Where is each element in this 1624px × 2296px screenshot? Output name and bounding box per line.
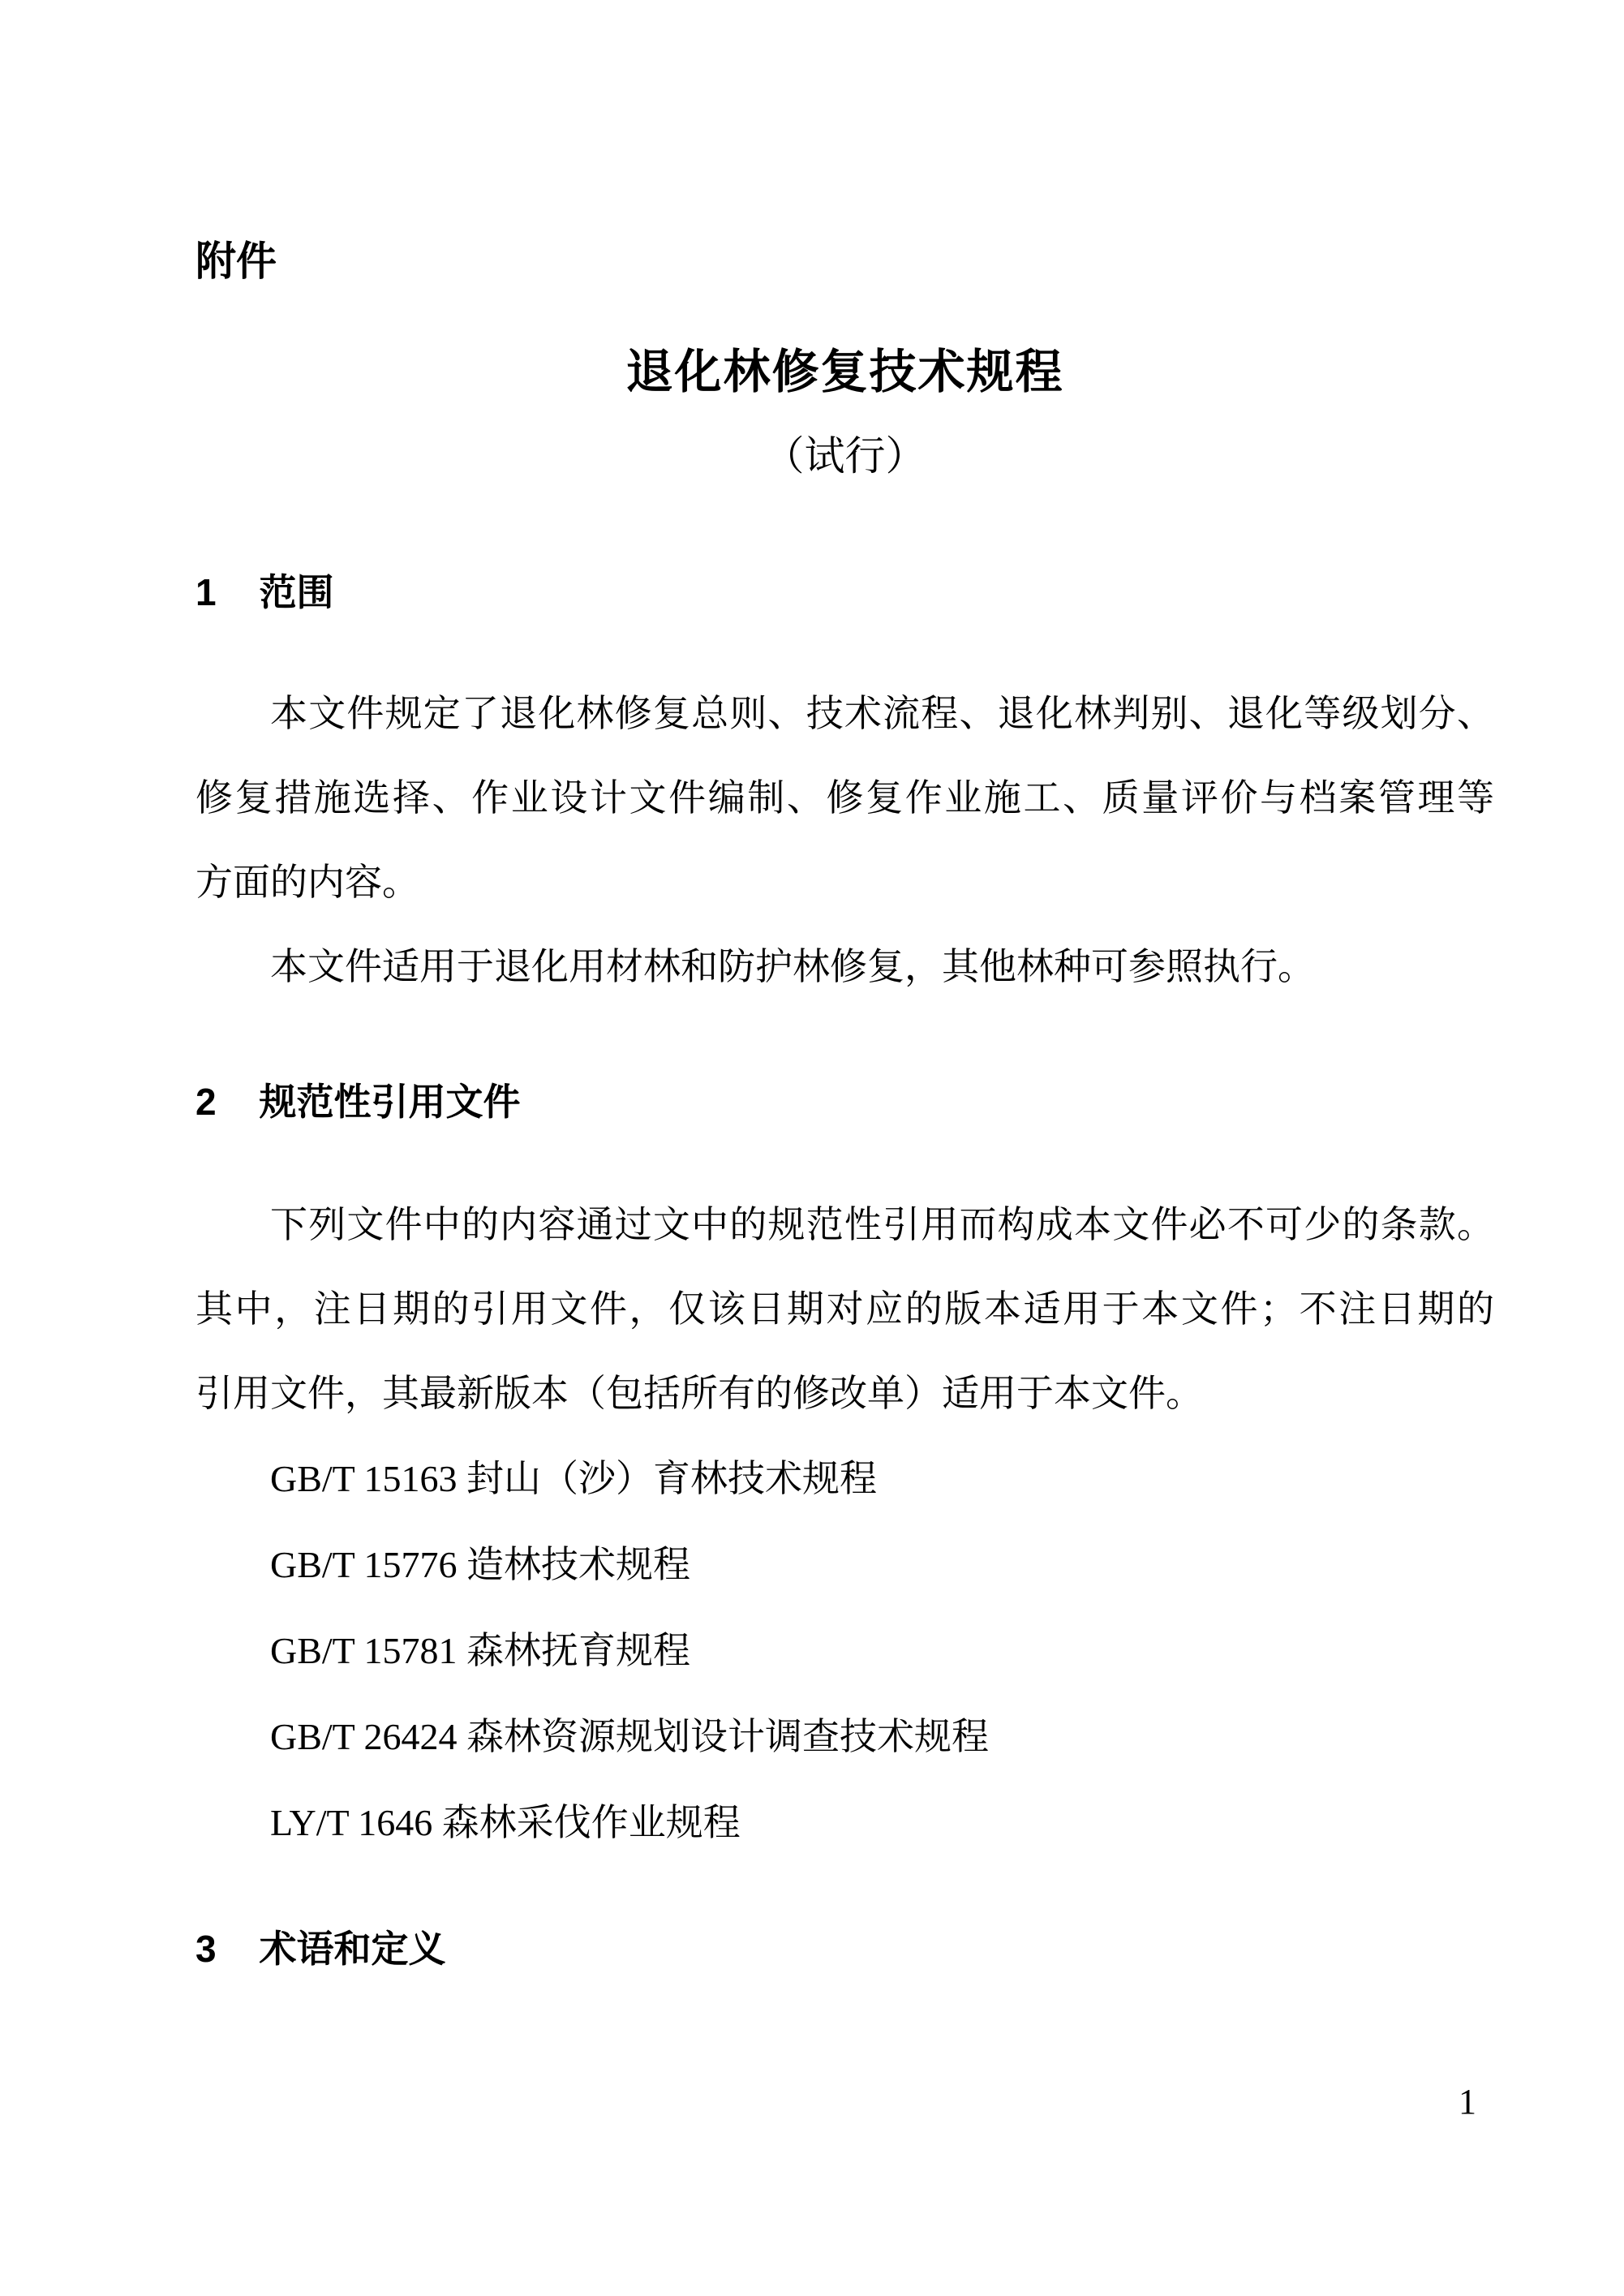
reference-item: GB/T 15781 森林抚育规程 <box>195 1608 1494 1694</box>
paragraph-line: 下列文件中的内容通过文中的规范性引用而构成本文件必不可少的条款。 <box>195 1183 1494 1267</box>
section-1-title: 范围 <box>259 571 333 613</box>
paragraph-line: 引用文件，其最新版本（包括所有的修改单）适用于本文件。 <box>195 1352 1494 1436</box>
section-3-number: 3 <box>195 1926 217 1971</box>
document-page: 附件 退化林修复技术规程 （试行） 1范围 本文件规定了退化林修复总则、技术流程… <box>0 0 1624 2296</box>
reference-item: LY/T 1646 森林采伐作业规程 <box>195 1780 1494 1866</box>
section-2-number: 2 <box>195 1079 217 1124</box>
section-1-heading: 1范围 <box>195 570 1494 615</box>
reference-item: GB/T 15163 封山（沙）育林技术规程 <box>195 1436 1494 1522</box>
page-number: 1 <box>195 2081 1494 2123</box>
paragraph-line: 本文件适用于退化用材林和防护林修复，其他林种可参照执行。 <box>195 925 1494 1009</box>
paragraph-line: 方面的内容。 <box>195 841 1494 925</box>
section-1-number: 1 <box>195 570 217 615</box>
paragraph-line: 其中，注日期的引用文件，仅该日期对应的版本适用于本文件；不注日期的 <box>195 1267 1494 1352</box>
attachment-label: 附件 <box>195 237 1494 286</box>
paragraph-line: 修复措施选择、作业设计文件编制、修复作业施工、质量评价与档案管理等 <box>195 756 1494 841</box>
section-3-heading: 3术语和定义 <box>195 1926 1494 1971</box>
section-3-title: 术语和定义 <box>259 1928 445 1970</box>
page-content: 附件 退化林修复技术规程 （试行） 1范围 本文件规定了退化林修复总则、技术流程… <box>0 237 1624 2123</box>
scope-paragraph: 本文件规定了退化林修复总则、技术流程、退化林判别、退化等级划分、 修复措施选择、… <box>195 672 1494 925</box>
applicability-paragraph: 本文件适用于退化用材林和防护林修复，其他林种可参照执行。 <box>195 925 1494 1009</box>
reference-list: GB/T 15163 封山（沙）育林技术规程 GB/T 15776 造林技术规程… <box>195 1436 1494 1866</box>
document-title: 退化林修复技术规程 <box>195 344 1494 401</box>
document-subtitle: （试行） <box>195 431 1494 481</box>
normative-references-paragraph: 下列文件中的内容通过文中的规范性引用而构成本文件必不可少的条款。 其中，注日期的… <box>195 1183 1494 1436</box>
paragraph-line: 本文件规定了退化林修复总则、技术流程、退化林判别、退化等级划分、 <box>195 672 1494 756</box>
reference-item: GB/T 15776 造林技术规程 <box>195 1522 1494 1608</box>
reference-item: GB/T 26424 森林资源规划设计调查技术规程 <box>195 1694 1494 1780</box>
section-2-title: 规范性引用文件 <box>259 1081 520 1123</box>
section-2-heading: 2规范性引用文件 <box>195 1079 1494 1124</box>
